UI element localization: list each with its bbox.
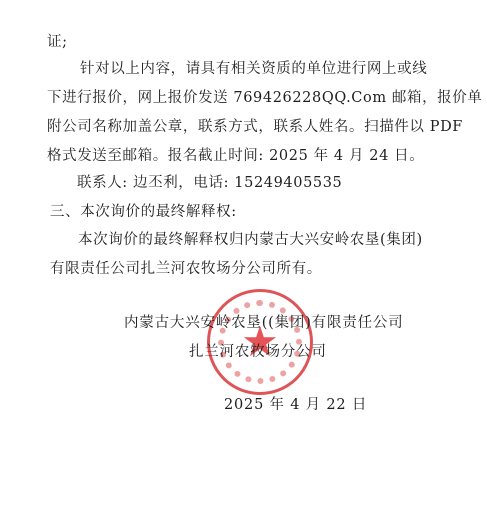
paragraph-line: 针对以上内容，请具有相关资质的单位进行网上或线 <box>80 60 418 78</box>
paragraph-line: 附公司名称加盖公章，联系方式，联系人姓名。扫描件以 PDF <box>47 118 418 136</box>
signature-date: 2025 年 4 月 22 日 <box>224 396 367 414</box>
section-heading: 三、本次询价的最终解释权: <box>50 203 237 221</box>
fragment-line: 证; <box>47 33 68 51</box>
paragraph-line: 下进行报价，网上报价发送 769426228QQ.Com 邮箱，报价单 <box>47 89 418 107</box>
paragraph-line: 格式发送至邮箱。报名截止时间: 2025 年 4 月 24 日。 <box>47 147 424 165</box>
official-seal: ★ <box>207 289 313 395</box>
section-body-line: 本次询价的最终解释权归内蒙古大兴安岭农垦(集团) <box>78 231 416 249</box>
signature-org-line1: 内蒙古大兴安岭农垦((集团)有限责任公司 <box>124 314 403 332</box>
signature-org-line2: 扎兰河农牧场分公司 <box>189 343 327 361</box>
section-body-line: 有限责任公司扎兰河农牧场分公司所有。 <box>50 260 322 278</box>
contact-line: 联系人: 边丕利，电话: 15249405535 <box>77 174 342 192</box>
